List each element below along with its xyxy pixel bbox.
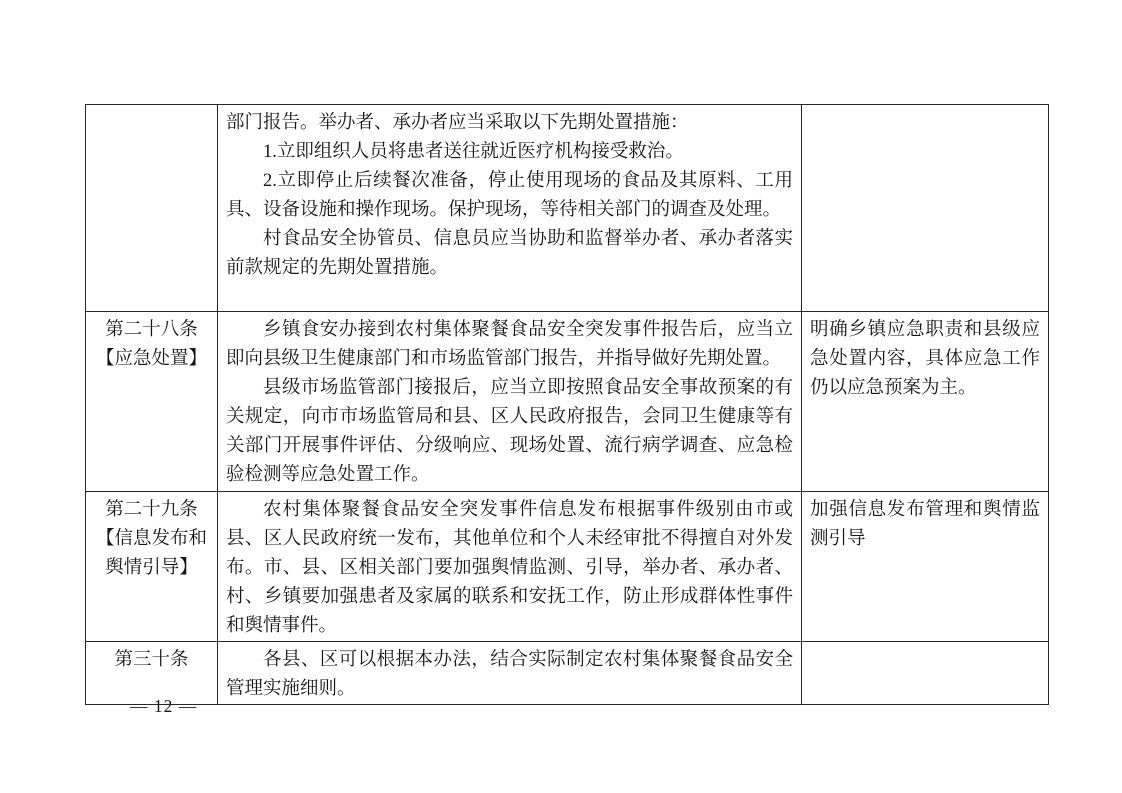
table-row-article-28: 第二十八条 【应急处置】 乡镇食安办接到农村集体聚餐食品安全突发事件报告后，应当… (86, 312, 1049, 492)
article-cell-empty (86, 105, 218, 312)
note-cell-empty (802, 642, 1049, 705)
content-cell: 农村集体聚餐食品安全突发事件信息发布根据事件级别由市或县、区人民政府统一发布，其… (218, 492, 802, 642)
note-cell: 加强信息发布管理和舆情监测引导 (802, 492, 1049, 642)
content-cell: 乡镇食安办接到农村集体聚餐食品安全突发事件报告后，应当立即向县级卫生健康部门和市… (218, 312, 802, 492)
paragraph: 乡镇食安办接到农村集体聚餐食品安全突发事件报告后，应当立即向县级卫生健康部门和市… (226, 316, 793, 374)
table-row-article-30: 第三十条 各县、区可以根据本办法，结合实际制定农村集体聚餐食品安全管理实施细则。 (86, 642, 1049, 705)
content-cell: 部门报告。举办者、承办者应当采取以下先期处置措施： 1.立即组织人员将患者送往就… (218, 105, 802, 312)
note-cell: 明确乡镇应急职责和县级应急处置内容，具体应急工作仍以应急预案为主。 (802, 312, 1049, 492)
note-text: 加强信息发布管理和舆情监测引导 (810, 496, 1040, 554)
document-page: 部门报告。举办者、承办者应当采取以下先期处置措施： 1.立即组织人员将患者送往就… (0, 0, 1122, 793)
article-number: 第二十九条 (94, 496, 209, 525)
note-text: 明确乡镇应急职责和县级应急处置内容，具体应急工作仍以应急预案为主。 (810, 316, 1040, 403)
paragraph: 2.立即停止后续餐次准备，停止使用现场的食品及其原料、工用具、设备设施和操作现场… (226, 167, 793, 225)
article-title: 【应急处置】 (94, 345, 209, 374)
regulation-table: 部门报告。举办者、承办者应当采取以下先期处置措施： 1.立即组织人员将患者送往就… (85, 104, 1049, 705)
paragraph: 部门报告。举办者、承办者应当采取以下先期处置措施： (226, 109, 793, 138)
paragraph: 各县、区可以根据本办法，结合实际制定农村集体聚餐食品安全管理实施细则。 (226, 646, 793, 704)
article-cell: 第二十九条 【信息发布和 舆情引导】 (86, 492, 218, 642)
paragraph: 县级市场监管部门接报后，应当立即按照食品安全事故预案的有关规定，向市市场监管局和… (226, 374, 793, 490)
table-row-article-29: 第二十九条 【信息发布和 舆情引导】 农村集体聚餐食品安全突发事件信息发布根据事… (86, 492, 1049, 642)
paragraph: 农村集体聚餐食品安全突发事件信息发布根据事件级别由市或县、区人民政府统一发布，其… (226, 496, 793, 641)
article-title: 【信息发布和 (94, 525, 209, 554)
article-title: 舆情引导】 (94, 554, 209, 583)
article-number: 第二十八条 (94, 316, 209, 345)
table-row-continuation: 部门报告。举办者、承办者应当采取以下先期处置措施： 1.立即组织人员将患者送往就… (86, 105, 1049, 312)
note-cell-empty (802, 105, 1049, 312)
article-number: 第三十条 (94, 646, 209, 675)
article-cell: 第二十八条 【应急处置】 (86, 312, 218, 492)
paragraph: 村食品安全协管员、信息员应当协助和监督举办者、承办者落实前款规定的先期处置措施。 (226, 225, 793, 283)
content-cell: 各县、区可以根据本办法，结合实际制定农村集体聚餐食品安全管理实施细则。 (218, 642, 802, 705)
page-number: — 12 — (130, 696, 197, 717)
paragraph: 1.立即组织人员将患者送往就近医疗机构接受救治。 (226, 138, 793, 167)
